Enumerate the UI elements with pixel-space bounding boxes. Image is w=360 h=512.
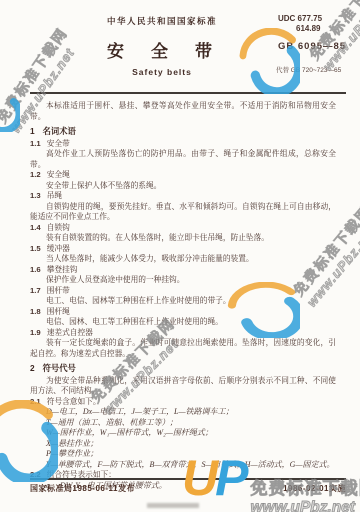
body-line-def: 为使安全带品种系列化，采用汉语拼音字母依前、后顺序分别表示不同工种、不同使用方法… [30, 376, 336, 397]
body-line-def: 电信、园林、电工等工种围在杆上作业时使用的绳。 [30, 317, 336, 328]
watermark-site-url: www.uPbz.net [250, 499, 360, 512]
body-line-sym: T—通用（油工、造船、机修工等）； [30, 418, 336, 429]
body-line-clause: 1.1安全带 [30, 139, 336, 150]
body-line-clause: 1.7围杆带 [30, 286, 336, 297]
udc-number-line2: 614.89 [296, 24, 320, 33]
body-line-def: 当人体坠落时，能减少人体受力，吸收部分冲击能量的装置。 [30, 254, 336, 265]
body-line-para: 本标准适用于围杆、悬挂、攀登等高处作业用安全带。不适用于消防和吊物用安全带。 [30, 101, 336, 122]
up-logo-icon [0, 86, 20, 132]
body-line-sym: X—悬挂作业； [30, 439, 336, 450]
body-line-def: 安全带上保护人体不坠落的系绳。 [30, 181, 336, 192]
header-rule [30, 92, 346, 94]
body-line-clause: 1.8围杆绳 [30, 307, 336, 318]
body-line-chapter: 1名词术语 [30, 126, 336, 137]
watermark-site-url: www.uPbz.net [320, 0, 360, 74]
body-line-def: 装有自锁装置的钩。在人体坠落时，能立即卡住吊绳，防止坠落。 [30, 233, 336, 244]
body-line-clause: 1.2安全绳 [30, 170, 336, 181]
body-line-def: 电工、电信、园林等工种围在杆上作业时使用的带子。 [30, 296, 336, 307]
standard-document-page: 中华人民共和国国家标准 安 全 带 Safety belts UDC 677.7… [0, 0, 360, 512]
document-body: 本标准适用于围杆、悬挂、攀登等高处作业用安全带。不适用于消防和吊物用安全带。1名… [30, 101, 336, 491]
footer-rule [30, 478, 346, 480]
standard-number: GB 6095—85 [278, 41, 346, 52]
body-line-sym: D—电工，Dx—电信工，J—架子工，L—铁路调车工； [30, 407, 336, 418]
body-line-sym: Y—单腰带式，F—防下脱式，B—双背带式，S—自锁式，H—活动式，G—固定式。 [30, 460, 336, 471]
standard-authority: 中华人民共和国国家标准 [0, 15, 324, 27]
body-line-def: 高处作业工人预防坠落伤亡的防护用品。由带子、绳子和金属配件组成，总称安全带。 [30, 149, 336, 170]
body-line-sym: W—围杆作业，W₁—围杆带式，W₂—围杆绳式； [30, 428, 336, 439]
body-line-sym: P—攀登作业； [30, 449, 336, 460]
udc-number-line1: UDC 677.75 [278, 14, 322, 23]
body-line-clause: 1.5缓冲器 [30, 244, 336, 255]
replaces-note: 代替 GB 720~723—65 [276, 65, 341, 74]
body-line-clause: 1.3吊绳 [30, 191, 336, 202]
body-line-clause: 1.4自锁钩 [30, 223, 336, 234]
body-line-clause: 1.9速差式自控器 [30, 328, 336, 339]
body-line-def: 自锁钩使用的绳，要预先挂好。垂直、水平和倾斜均可。自锁钩在绳上可自由移动，能适应… [30, 202, 336, 223]
body-line-clause: 1.6攀登挂钩 [30, 265, 336, 276]
scan-artifact [147, 503, 199, 508]
body-line-chapter: 2符号代号 [30, 363, 336, 374]
body-line-def: 装有一定长度绳索的盒子。作业时可随意拉出绳索使用。坠落时，因速度的变化，引起自控… [30, 338, 336, 359]
body-line-def: 保护作业人员登高途中使用的一种挂钩。 [30, 275, 336, 286]
effective-date: 1986-02-01实施 [230, 483, 346, 494]
issued-date: 国家标准局1985-06-11发布 [30, 483, 135, 494]
document-title-cn: 安 全 带 [0, 37, 324, 62]
body-line-clause: 2.1符号含意如下。 [30, 397, 336, 408]
